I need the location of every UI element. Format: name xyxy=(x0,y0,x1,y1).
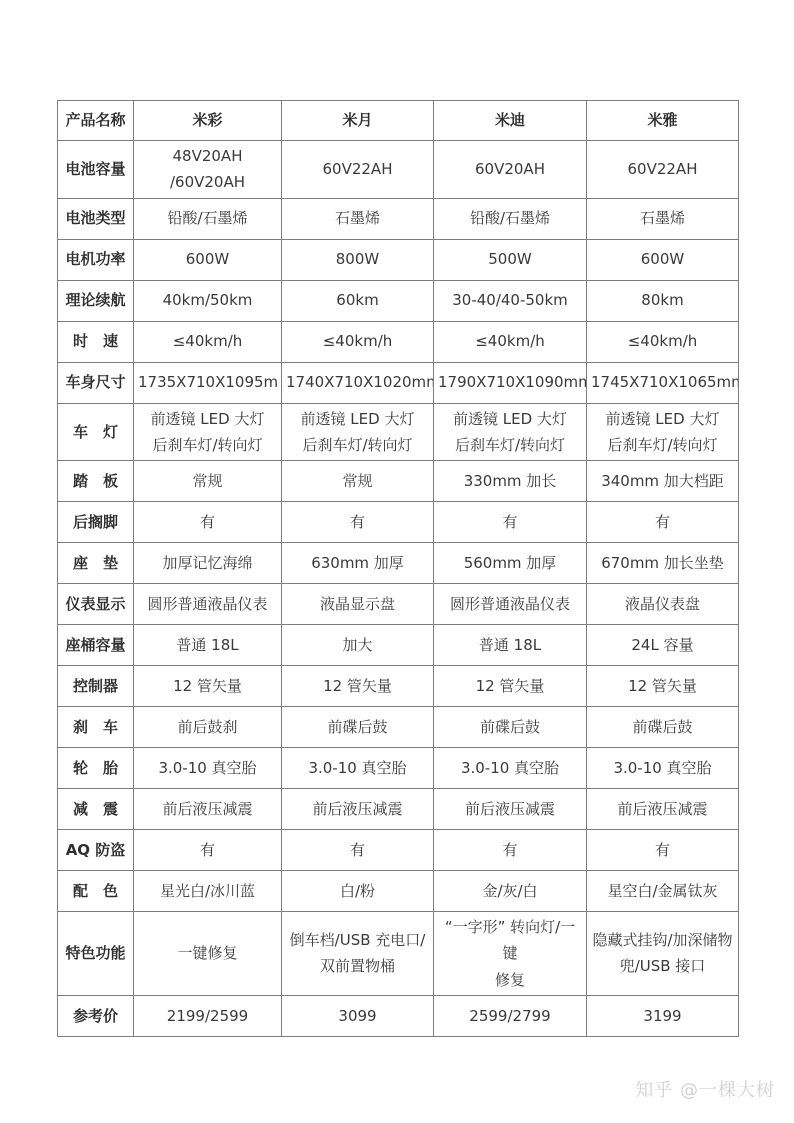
header-model-4: 米雅 xyxy=(587,101,739,141)
table-row: 后搁脚 有 有 有 有 xyxy=(58,502,739,543)
page: 产品名称 米彩 米月 米迪 米雅 电池容量 48V20AH /60V20AH 6… xyxy=(0,0,794,1123)
cell-value: 常规 xyxy=(134,461,282,502)
table-row: AQ 防盗 有 有 有 有 xyxy=(58,830,739,871)
cell-value: 石墨烯 xyxy=(587,198,739,239)
header-model-1: 米彩 xyxy=(134,101,282,141)
cell-value: 3199 xyxy=(587,995,739,1036)
cell-value: 1735X710X1095m xyxy=(134,362,282,403)
cell-value: 12 管矢量 xyxy=(434,666,587,707)
cell-value: 12 管矢量 xyxy=(587,666,739,707)
cell-value: 隐藏式挂钩/加深储物 兜/USB 接口 xyxy=(587,912,739,996)
table-row: 刹 车 前后鼓刹 前碟后鼓 前碟后鼓 前碟后鼓 xyxy=(58,707,739,748)
row-label: 踏 板 xyxy=(58,461,134,502)
row-label: AQ 防盗 xyxy=(58,830,134,871)
cell-value: 60V22AH xyxy=(282,141,434,199)
watermark: 知乎 @一棵大树 xyxy=(635,1076,775,1102)
cell-value: 500W xyxy=(434,239,587,280)
cell-value: 48V20AH /60V20AH xyxy=(134,141,282,199)
cell-value: 800W xyxy=(282,239,434,280)
cell-value: 60km xyxy=(282,280,434,321)
cell-value: 3.0-10 真空胎 xyxy=(134,748,282,789)
cell-value: 12 管矢量 xyxy=(134,666,282,707)
row-label: 理论续航 xyxy=(58,280,134,321)
row-label: 车 灯 xyxy=(58,403,134,461)
header-row: 产品名称 米彩 米月 米迪 米雅 xyxy=(58,101,739,141)
cell-value: 12 管矢量 xyxy=(282,666,434,707)
cell-value: 前后液压减震 xyxy=(282,789,434,830)
table-body: 电池容量 48V20AH /60V20AH 60V22AH 60V20AH 60… xyxy=(58,141,739,1037)
table-row: 配 色 星光白/冰川蓝 白/粉 金/灰/白 星空白/金属钛灰 xyxy=(58,871,739,912)
product-comparison-table: 产品名称 米彩 米月 米迪 米雅 电池容量 48V20AH /60V20AH 6… xyxy=(57,100,739,1037)
cell-value: 有 xyxy=(134,830,282,871)
cell-value: 560mm 加厚 xyxy=(434,543,587,584)
cell-value: 圆形普通液晶仪表 xyxy=(434,584,587,625)
cell-value: 前透镜 LED 大灯 后刹车灯/转向灯 xyxy=(134,403,282,461)
row-label: 特色功能 xyxy=(58,912,134,996)
cell-value: 有 xyxy=(282,502,434,543)
cell-value: 3099 xyxy=(282,995,434,1036)
cell-value: ≤40km/h xyxy=(587,321,739,362)
cell-value: 30-40/40-50km xyxy=(434,280,587,321)
cell-value: 3.0-10 真空胎 xyxy=(282,748,434,789)
cell-value: ≤40km/h xyxy=(134,321,282,362)
row-label: 仪表显示 xyxy=(58,584,134,625)
cell-value: 2199/2599 xyxy=(134,995,282,1036)
table-row: 电机功率 600W 800W 500W 600W xyxy=(58,239,739,280)
cell-value: 600W xyxy=(587,239,739,280)
cell-value: 80km xyxy=(587,280,739,321)
table-row: 座 垫 加厚记忆海绵 630mm 加厚 560mm 加厚 670mm 加长坐垫 xyxy=(58,543,739,584)
cell-value: 有 xyxy=(282,830,434,871)
table-row: 控制器 12 管矢量 12 管矢量 12 管矢量 12 管矢量 xyxy=(58,666,739,707)
cell-value: 2599/2799 xyxy=(434,995,587,1036)
cell-value: 铅酸/石墨烯 xyxy=(134,198,282,239)
table-row: 理论续航 40km/50km 60km 30-40/40-50km 80km xyxy=(58,280,739,321)
table-row: 电池容量 48V20AH /60V20AH 60V22AH 60V20AH 60… xyxy=(58,141,739,199)
cell-value: 有 xyxy=(134,502,282,543)
table-row: 电池类型 铅酸/石墨烯 石墨烯 铅酸/石墨烯 石墨烯 xyxy=(58,198,739,239)
cell-value: 前后液压减震 xyxy=(434,789,587,830)
cell-value: 630mm 加厚 xyxy=(282,543,434,584)
cell-value: 3.0-10 真空胎 xyxy=(434,748,587,789)
cell-value: 24L 容量 xyxy=(587,625,739,666)
cell-value: 一键修复 xyxy=(134,912,282,996)
cell-value: 60V22AH xyxy=(587,141,739,199)
table-row: 仪表显示 圆形普通液晶仪表 液晶显示盘 圆形普通液晶仪表 液晶仪表盘 xyxy=(58,584,739,625)
row-label: 减 震 xyxy=(58,789,134,830)
cell-value: 铅酸/石墨烯 xyxy=(434,198,587,239)
row-label: 配 色 xyxy=(58,871,134,912)
cell-value: 白/粉 xyxy=(282,871,434,912)
row-label: 座 垫 xyxy=(58,543,134,584)
cell-value: 40km/50km xyxy=(134,280,282,321)
cell-value: 有 xyxy=(434,502,587,543)
cell-value: ≤40km/h xyxy=(282,321,434,362)
cell-value: 前碟后鼓 xyxy=(434,707,587,748)
cell-value: 前透镜 LED 大灯 后刹车灯/转向灯 xyxy=(587,403,739,461)
cell-value: 有 xyxy=(587,502,739,543)
table-row: 参考价 2199/2599 3099 2599/2799 3199 xyxy=(58,995,739,1036)
cell-value: 340mm 加大档距 xyxy=(587,461,739,502)
table-row: 轮 胎 3.0-10 真空胎 3.0-10 真空胎 3.0-10 真空胎 3.0… xyxy=(58,748,739,789)
cell-value: 普通 18L xyxy=(134,625,282,666)
cell-value: 有 xyxy=(434,830,587,871)
cell-value: 330mm 加长 xyxy=(434,461,587,502)
header-model-3: 米迪 xyxy=(434,101,587,141)
cell-value: 前后液压减震 xyxy=(134,789,282,830)
cell-value: 常规 xyxy=(282,461,434,502)
row-label: 刹 车 xyxy=(58,707,134,748)
row-label: 车身尺寸 xyxy=(58,362,134,403)
cell-value: 600W xyxy=(134,239,282,280)
cell-value: 前碟后鼓 xyxy=(587,707,739,748)
cell-value: 670mm 加长坐垫 xyxy=(587,543,739,584)
cell-value: 液晶仪表盘 xyxy=(587,584,739,625)
cell-value: “一字形” 转向灯/一键 修复 xyxy=(434,912,587,996)
cell-value: 倒车档/USB 充电口/ 双前置物桶 xyxy=(282,912,434,996)
cell-value: ≤40km/h xyxy=(434,321,587,362)
cell-value: 前碟后鼓 xyxy=(282,707,434,748)
header-product-name: 产品名称 xyxy=(58,101,134,141)
cell-value: 1740X710X1020mm xyxy=(282,362,434,403)
cell-value: 1790X710X1090mm xyxy=(434,362,587,403)
table-row: 车身尺寸 1735X710X1095m 1740X710X1020mm 1790… xyxy=(58,362,739,403)
row-label: 时 速 xyxy=(58,321,134,362)
cell-value: 星光白/冰川蓝 xyxy=(134,871,282,912)
cell-value: 前后鼓刹 xyxy=(134,707,282,748)
cell-value: 加厚记忆海绵 xyxy=(134,543,282,584)
cell-value: 圆形普通液晶仪表 xyxy=(134,584,282,625)
table-row: 减 震 前后液压减震 前后液压减震 前后液压减震 前后液压减震 xyxy=(58,789,739,830)
header-model-2: 米月 xyxy=(282,101,434,141)
table-row: 特色功能 一键修复 倒车档/USB 充电口/ 双前置物桶 “一字形” 转向灯/一… xyxy=(58,912,739,996)
row-label: 轮 胎 xyxy=(58,748,134,789)
table-row: 踏 板 常规 常规 330mm 加长 340mm 加大档距 xyxy=(58,461,739,502)
row-label: 后搁脚 xyxy=(58,502,134,543)
cell-value: 普通 18L xyxy=(434,625,587,666)
cell-value: 3.0-10 真空胎 xyxy=(587,748,739,789)
cell-value: 60V20AH xyxy=(434,141,587,199)
cell-value: 液晶显示盘 xyxy=(282,584,434,625)
cell-value: 金/灰/白 xyxy=(434,871,587,912)
cell-value: 石墨烯 xyxy=(282,198,434,239)
table-row: 座桶容量 普通 18L 加大 普通 18L 24L 容量 xyxy=(58,625,739,666)
row-label: 控制器 xyxy=(58,666,134,707)
table-header: 产品名称 米彩 米月 米迪 米雅 xyxy=(58,101,739,141)
row-label: 座桶容量 xyxy=(58,625,134,666)
cell-value: 1745X710X1065mm xyxy=(587,362,739,403)
row-label: 电机功率 xyxy=(58,239,134,280)
row-label: 电池类型 xyxy=(58,198,134,239)
row-label: 参考价 xyxy=(58,995,134,1036)
cell-value: 有 xyxy=(587,830,739,871)
cell-value: 前透镜 LED 大灯 后刹车灯/转向灯 xyxy=(282,403,434,461)
table-row: 车 灯 前透镜 LED 大灯 后刹车灯/转向灯 前透镜 LED 大灯 后刹车灯/… xyxy=(58,403,739,461)
row-label: 电池容量 xyxy=(58,141,134,199)
cell-value: 星空白/金属钛灰 xyxy=(587,871,739,912)
cell-value: 前后液压减震 xyxy=(587,789,739,830)
cell-value: 加大 xyxy=(282,625,434,666)
cell-value: 前透镜 LED 大灯 后刹车灯/转向灯 xyxy=(434,403,587,461)
table-row: 时 速 ≤40km/h ≤40km/h ≤40km/h ≤40km/h xyxy=(58,321,739,362)
